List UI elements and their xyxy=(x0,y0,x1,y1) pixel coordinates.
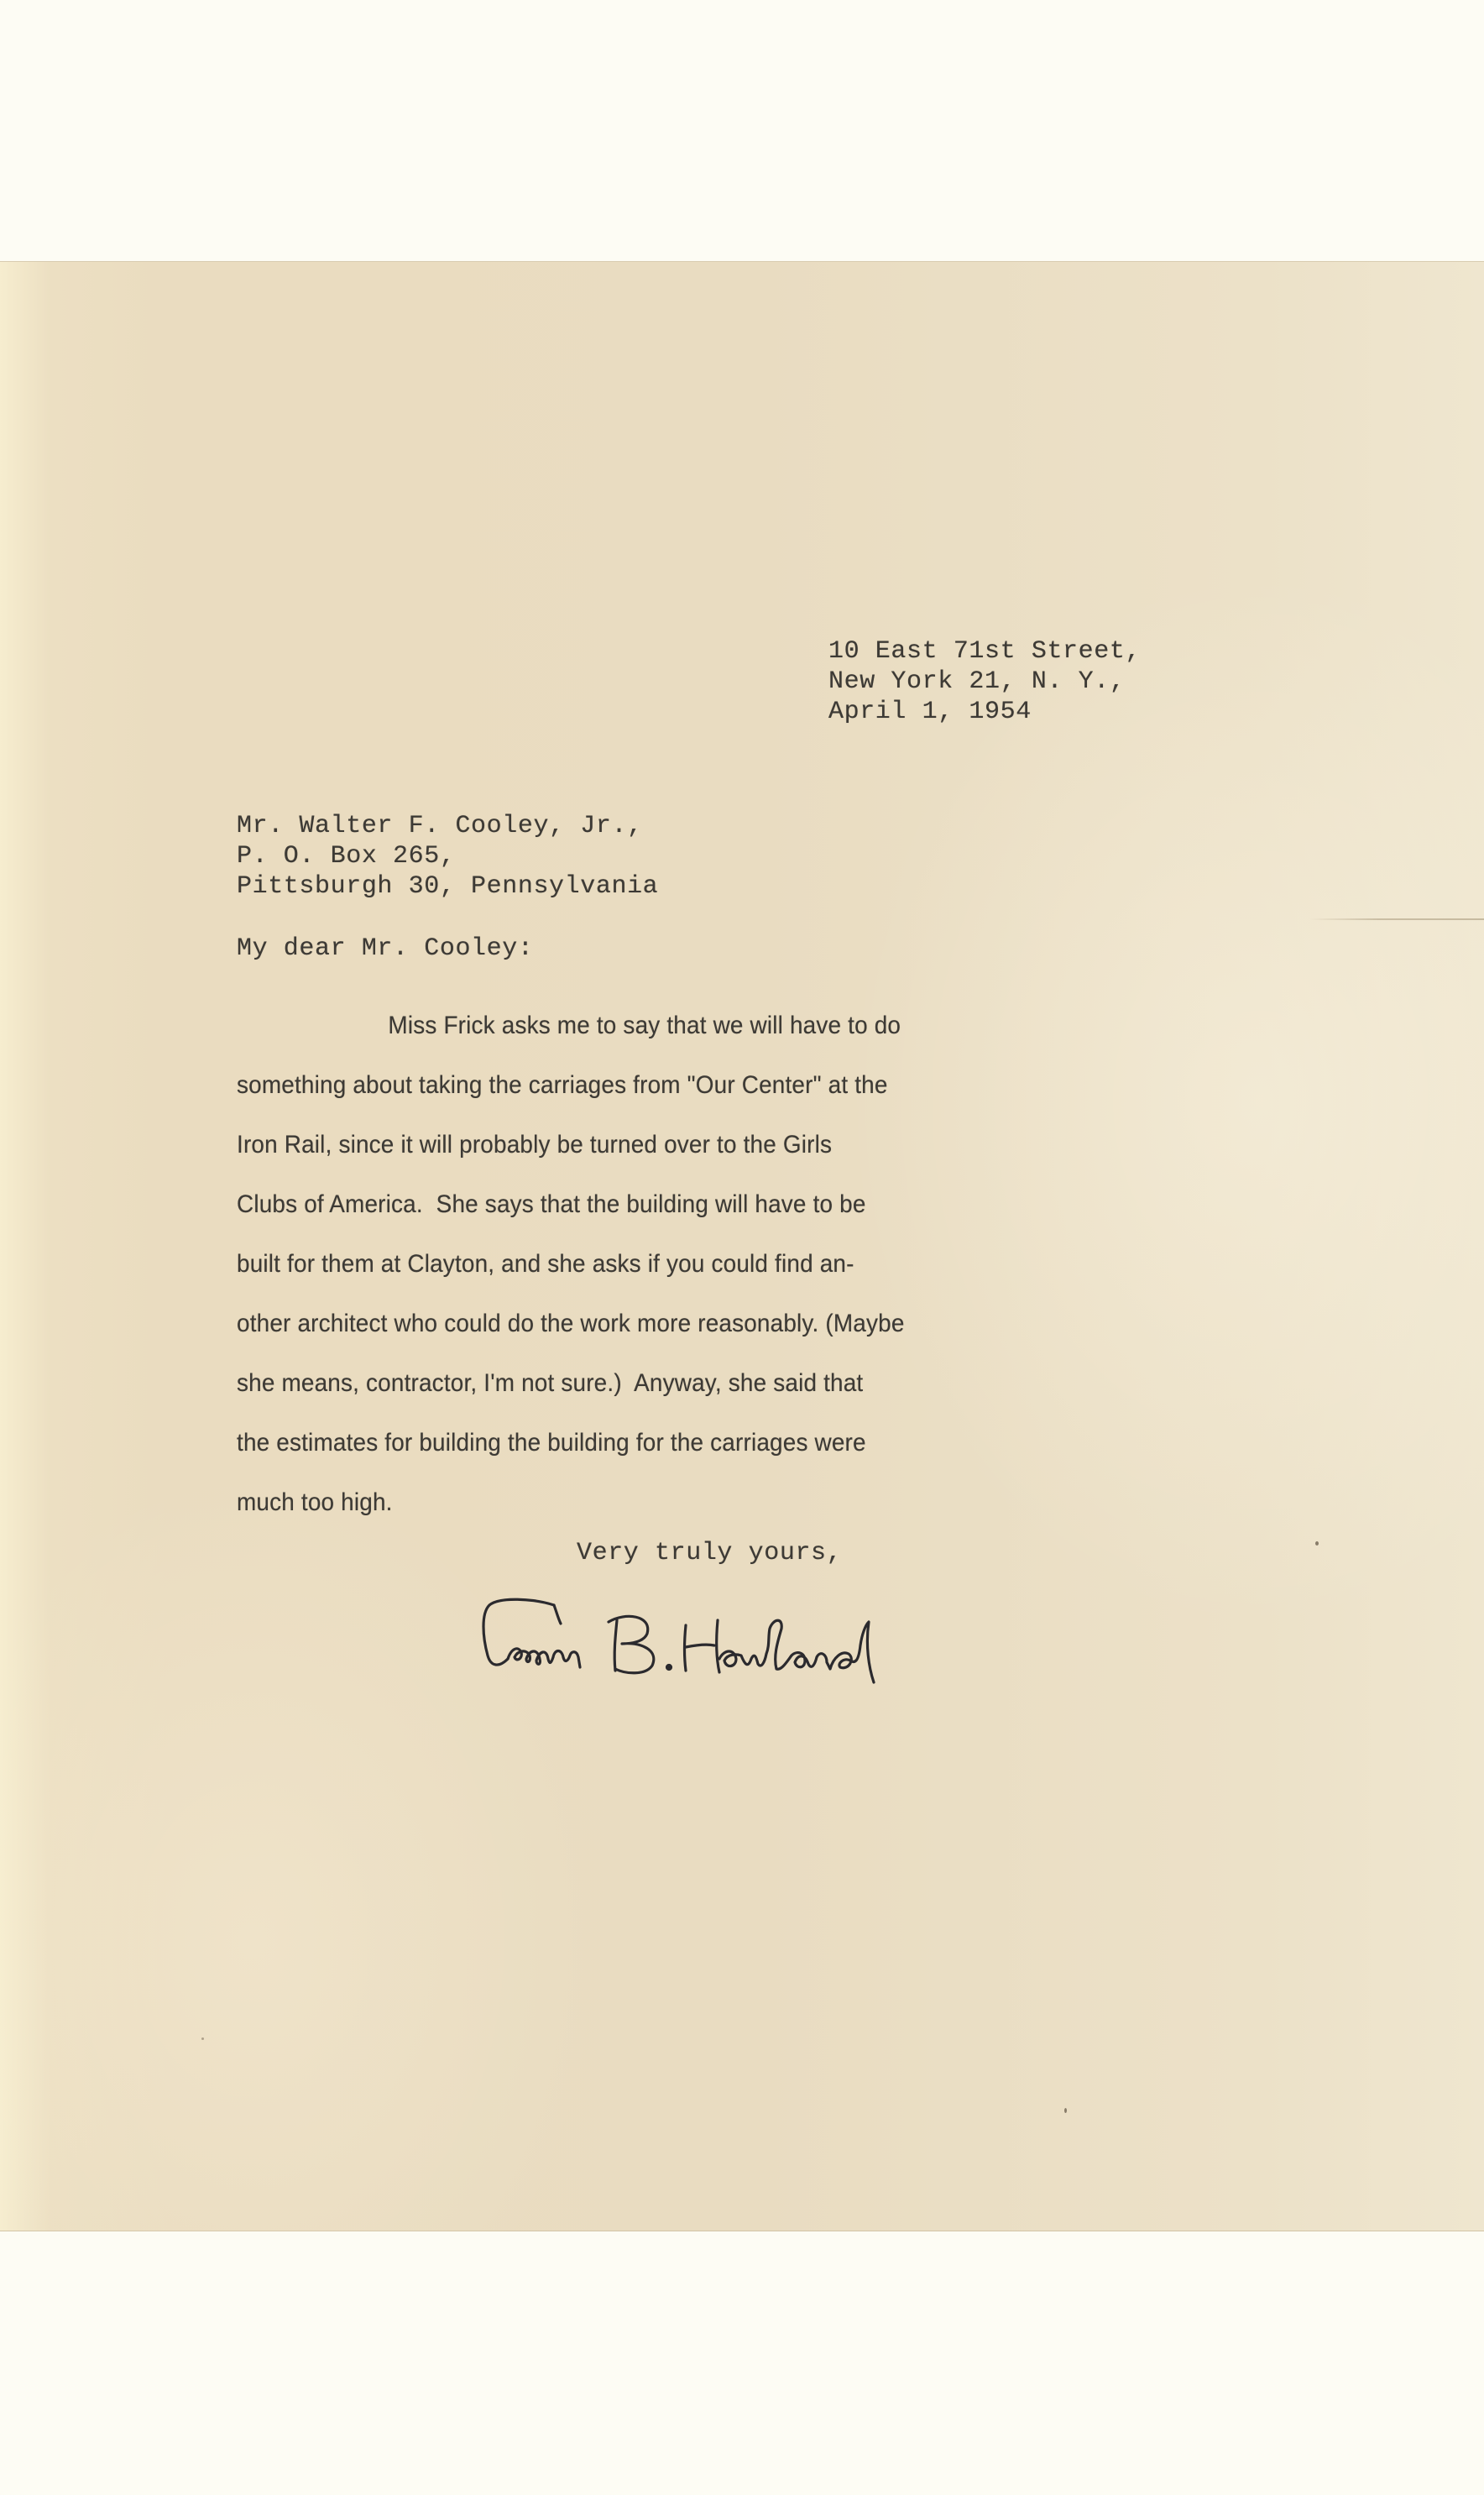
letter-date: April 1, 1954 xyxy=(828,698,1032,726)
body-line: the estimates for building the building … xyxy=(237,1413,1119,1472)
paper-speck xyxy=(201,2037,204,2040)
signature-icon xyxy=(474,1587,953,1687)
body-line: she means, contractor, I'm not sure.) An… xyxy=(237,1353,1119,1413)
recipient-name: Mr. Walter F. Cooley, Jr., xyxy=(237,812,643,840)
body-line: much too high. xyxy=(237,1472,1119,1532)
body-line: Iron Rail, since it will probably be tur… xyxy=(237,1115,1119,1174)
body-line: something about taking the carriages fro… xyxy=(237,1055,1119,1115)
return-address-street: 10 East 71st Street, xyxy=(828,637,1141,666)
body-line: Miss Frick asks me to say that we will h… xyxy=(237,996,1119,1055)
paper-fold-crease xyxy=(1309,918,1484,920)
scanned-letter-page: { "letter": { "return_address": { "line1… xyxy=(0,0,1484,2495)
salutation: My dear Mr. Cooley: xyxy=(237,934,533,964)
paper-speck xyxy=(1315,1541,1319,1546)
body-line: other architect who could do the work mo… xyxy=(237,1294,1119,1353)
recipient-city: Pittsburgh 30, Pennsylvania xyxy=(237,872,658,901)
return-address-block: 10 East 71st Street, New York 21, N. Y.,… xyxy=(828,636,1141,727)
body-line: Clubs of America. She says that the buil… xyxy=(237,1174,1119,1234)
recipient-po-box: P. O. Box 265, xyxy=(237,842,455,871)
handwritten-signature: Eleanor B. Howland xyxy=(474,1587,953,1687)
recipient-address-block: Mr. Walter F. Cooley, Jr., P. O. Box 265… xyxy=(237,811,658,902)
letter-body: Miss Frick asks me to say that we will h… xyxy=(237,996,1185,1532)
complimentary-close: Very truly yours, xyxy=(577,1538,842,1568)
body-line: built for them at Clayton, and she asks … xyxy=(237,1234,1119,1294)
paper-speck xyxy=(1064,2108,1067,2113)
return-address-city: New York 21, N. Y., xyxy=(828,667,1125,696)
